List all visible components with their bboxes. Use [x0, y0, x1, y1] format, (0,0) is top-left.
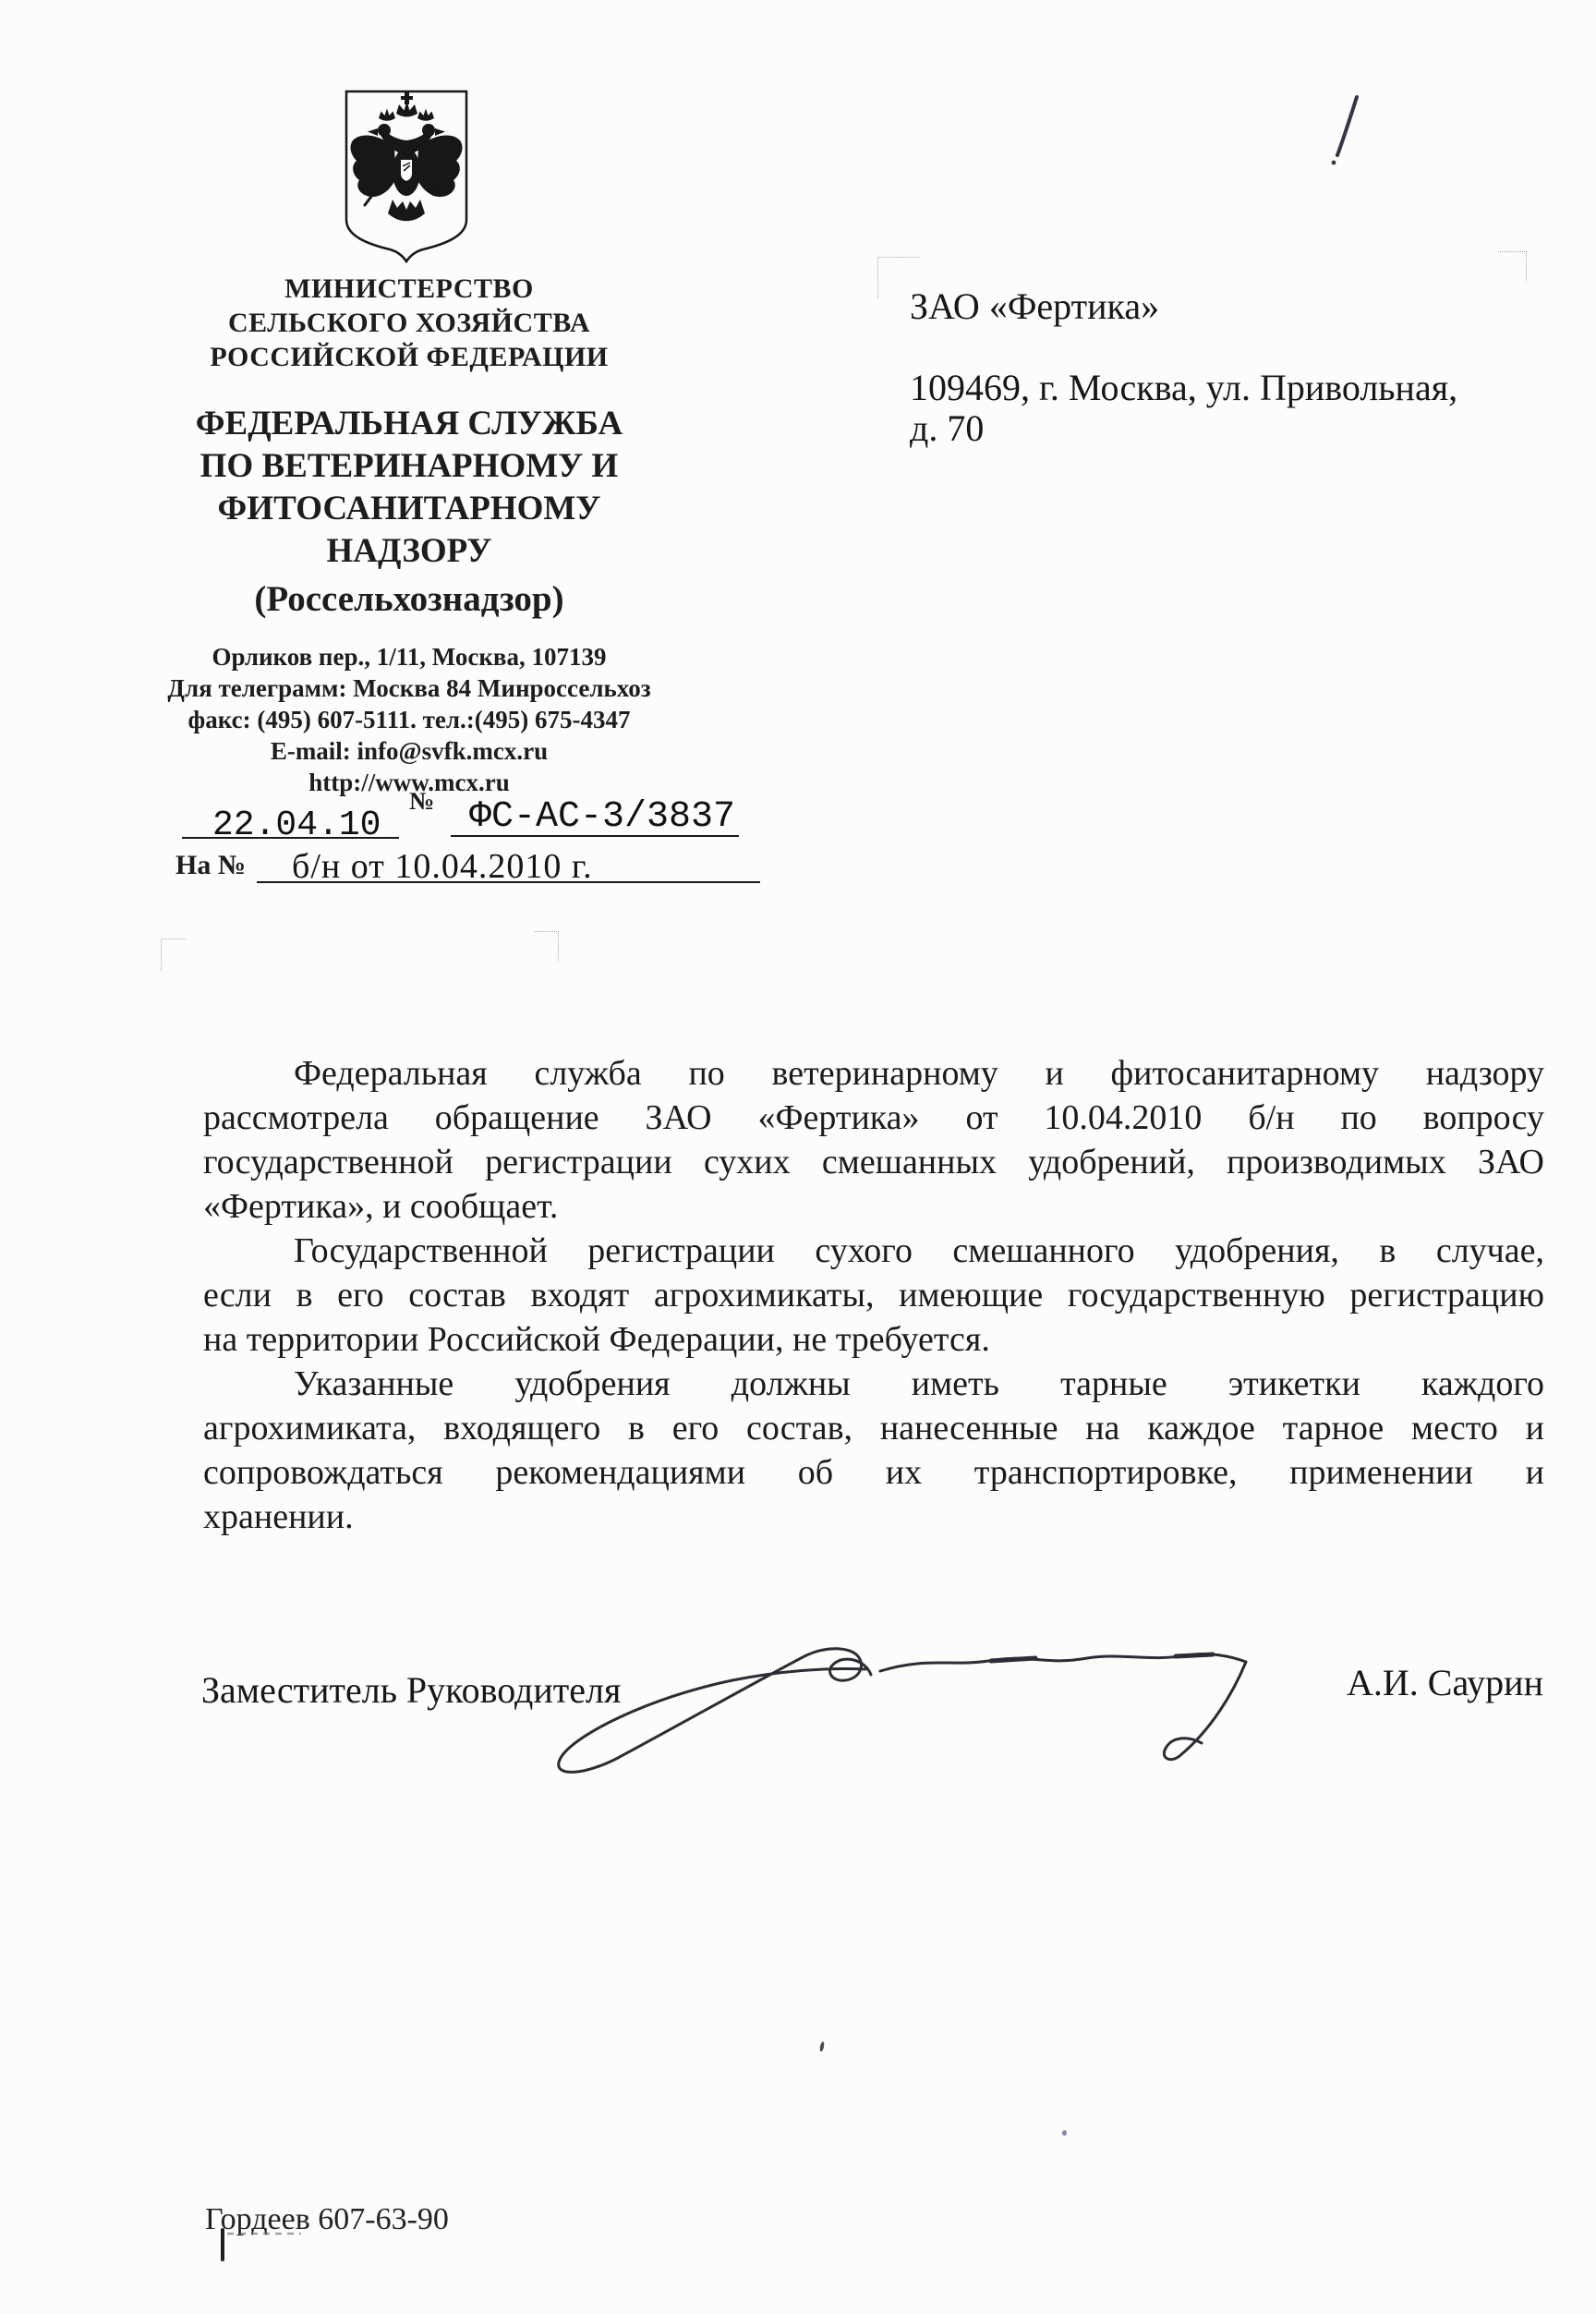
- letterhead-contacts: Орликов пер., 1/11, Москва, 107139 Для т…: [164, 641, 654, 798]
- reply-to-label: На №: [175, 850, 246, 881]
- body-paragraph-line: агрохимиката, входящего в его состав, на…: [203, 1406, 1544, 1450]
- body-paragraph-line: Государственной регистрации сухого смеша…: [203, 1229, 1544, 1273]
- handwritten-signature-icon: [540, 1640, 1288, 1792]
- contact-telegram-line: Для телеграмм: Москва 84 Минроссельхоз: [164, 672, 654, 704]
- reply-to-underline: [257, 881, 760, 883]
- service-name-line: ФЕДЕРАЛЬНАЯ СЛУЖБА: [164, 403, 654, 445]
- service-name-line: ФИТОСАНИТАРНОМУ: [164, 488, 654, 530]
- body-paragraph-line: рассмотрела обращение ЗАО «Фертика» от 1…: [203, 1096, 1544, 1140]
- ref-number-value: ФС-АС-3/3837: [469, 796, 735, 838]
- ministry-name-line: СЕЛЬСКОГО ХОЗЯЙСТВА: [164, 306, 654, 340]
- scan-speck: [819, 2041, 825, 2053]
- service-short-name: (Россельхознадзор): [164, 578, 654, 620]
- ministry-name-line: МИНИСТЕРСТВО: [164, 272, 654, 306]
- ref-date-value: 22.04.10: [212, 806, 381, 845]
- corner-mark-fold-right: [534, 931, 559, 962]
- scan-artifact-mark: [211, 2228, 321, 2267]
- service-name-line: НАДЗОРУ: [164, 530, 654, 573]
- contact-address-line: Орликов пер., 1/11, Москва, 107139: [164, 641, 654, 672]
- body-paragraph-line: сопровождаться рекомендациями об их тран…: [203, 1450, 1544, 1495]
- pen-slash-mark: [1321, 88, 1376, 176]
- body-paragraph-line: на территории Российской Федерации, не т…: [203, 1317, 1544, 1362]
- service-name: ФЕДЕРАЛЬНАЯ СЛУЖБА ПО ВЕТЕРИНАРНОМУ И ФИ…: [164, 403, 654, 573]
- recipient-address-line: 109469, г. Москва, ул. Привольная,: [910, 366, 1457, 409]
- ministry-name: МИНИСТЕРСТВО СЕЛЬСКОГО ХОЗЯЙСТВА РОССИЙС…: [164, 272, 654, 374]
- body-paragraph-line: хранении.: [203, 1495, 1544, 1539]
- corner-mark-recipient-right: [1498, 251, 1527, 282]
- ref-number-sign: №: [409, 787, 434, 816]
- contact-email-line: E-mail: info@svfk.mcx.ru: [164, 735, 654, 767]
- body-paragraph-line: Указанные удобрения должны иметь тарные …: [203, 1362, 1544, 1406]
- recipient-address-line: д. 70: [910, 406, 984, 450]
- body-paragraph-line: государственной регистрации сухих смешан…: [203, 1140, 1544, 1184]
- recipient-name: ЗАО «Фертика»: [910, 285, 1159, 328]
- scanned-letter-page: МИНИСТЕРСТВО СЕЛЬСКОГО ХОЗЯЙСТВА РОССИЙС…: [0, 0, 1596, 2314]
- ref-number-underline: [451, 835, 739, 837]
- body-paragraph-line: если в его состав входят агрохимикаты, и…: [203, 1273, 1544, 1317]
- ministry-name-line: РОССИЙСКОЙ ФЕДЕРАЦИИ: [164, 340, 654, 374]
- body-paragraph-line: Федеральная служба по ветеринарному и фи…: [203, 1051, 1544, 1096]
- contact-phone-fax-line: факс: (495) 607-5111. тел.:(495) 675-434…: [164, 704, 654, 735]
- double-headed-eagle-emblem-icon: [338, 85, 475, 264]
- service-name-line: ПО ВЕТЕРИНАРНОМУ И: [164, 445, 654, 488]
- scan-speck: [1062, 2130, 1067, 2136]
- ref-date-underline: [182, 837, 399, 839]
- body-paragraph-line: «Фертика», и сообщает.: [203, 1184, 1544, 1229]
- corner-mark-fold-left: [161, 939, 186, 971]
- corner-mark-recipient-left: [877, 257, 919, 298]
- signer-name: А.И. Саурин: [1347, 1661, 1543, 1704]
